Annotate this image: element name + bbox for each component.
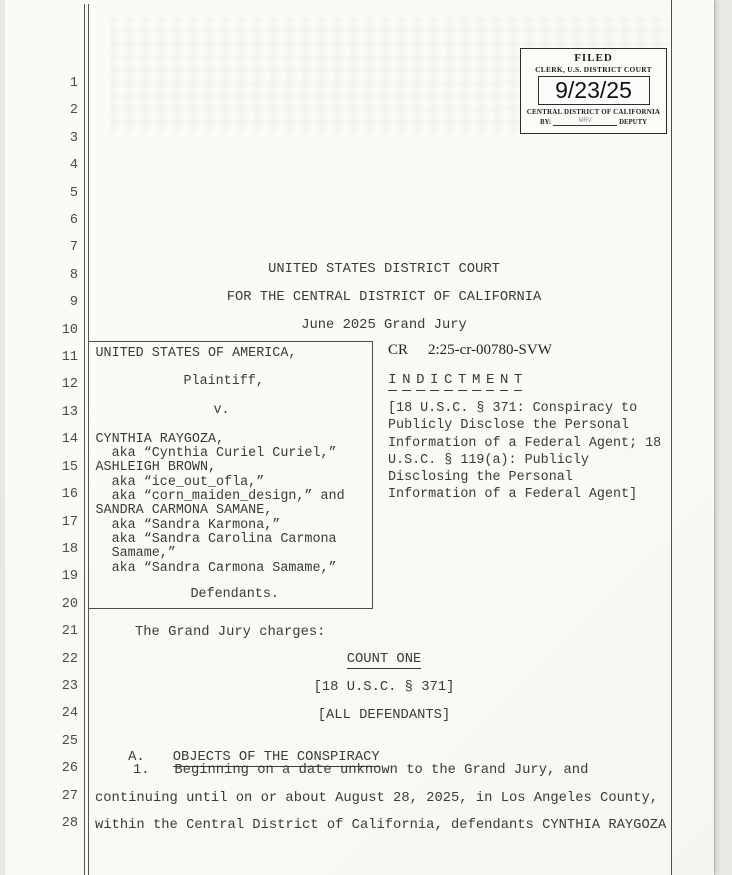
defendant-line: ASHLEIGH BROWN,: [96, 461, 372, 475]
filed-stamp-district: CENTRAL DISTRICT OF CALIFORNIA: [521, 108, 666, 116]
line-number: 13: [40, 399, 78, 426]
court-district: FOR THE CENTRAL DISTRICT OF CALIFORNIA: [100, 290, 668, 305]
count-one-heading: COUNT ONE: [100, 652, 668, 669]
count-one-defendants: [ALL DEFENDANTS]: [100, 708, 668, 723]
line-number: 18: [40, 536, 78, 563]
defendant-line: aka “Sandra Carolina Carmona: [96, 533, 372, 547]
line-number: 25: [40, 728, 78, 755]
versus: v.: [96, 404, 372, 418]
line-number: 19: [40, 563, 78, 590]
filed-stamp-by-label: BY:: [540, 119, 551, 126]
count-one-statute: [18 U.S.C. § 371]: [100, 680, 668, 695]
defendant-line: aka “corn_maiden_design,” and: [96, 490, 372, 504]
filed-stamp: FILED CLERK, U.S. DISTRICT COURT 9/23/25…: [520, 48, 667, 134]
line-number: 3: [40, 125, 78, 152]
case-number-label: CR: [388, 342, 408, 358]
count-one-heading-text: COUNT ONE: [347, 652, 422, 669]
defendant-line: Samame,”: [96, 547, 372, 561]
paragraph-1: 1. Beginning on a date unknown to the Gr…: [95, 763, 675, 846]
pleading-line-numbers: 1234567891011121314151617181920212223242…: [40, 70, 78, 837]
line-number: 9: [40, 289, 78, 316]
defendant-line: aka “ice_out_ofla,”: [96, 476, 372, 490]
defendant-list: CYNTHIA RAYGOZA, aka “Cynthia Curiel Cur…: [96, 433, 372, 576]
line-number: 2: [40, 97, 78, 124]
filed-stamp-title: FILED: [521, 52, 666, 64]
plaintiff-role: Plaintiff,: [96, 375, 372, 389]
line-number: 7: [40, 234, 78, 261]
indictment-title: INDICTMENT: [388, 372, 670, 391]
line-number: 1: [40, 70, 78, 97]
line-number: 8: [40, 262, 78, 289]
line-number: 23: [40, 673, 78, 700]
line-number: 6: [40, 207, 78, 234]
grand-jury-charges-intro: The Grand Jury charges:: [135, 625, 325, 640]
scanned-indictment-document: 1234567891011121314151617181920212223242…: [0, 0, 732, 875]
plaintiff-name: UNITED STATES OF AMERICA,: [96, 347, 372, 361]
filed-stamp-date: 9/23/25: [538, 76, 650, 105]
paragraph-line: continuing until on or about August 28, …: [95, 791, 675, 819]
line-number: 24: [40, 700, 78, 727]
line-number: 14: [40, 426, 78, 453]
line-number: 28: [40, 810, 78, 837]
case-info-column: CR2:25-cr-00780-SVW INDICTMENT [18 U.S.C…: [388, 342, 670, 504]
filed-stamp-by-row: BY: MRV DEPUTY: [521, 118, 666, 126]
line-number: 21: [40, 618, 78, 645]
case-number-row: CR2:25-cr-00780-SVW: [388, 342, 670, 359]
line-number: 15: [40, 454, 78, 481]
defendant-line: aka “Sandra Karmona,”: [96, 519, 372, 533]
defendants-role: Defendants.: [96, 588, 372, 602]
line-number: 5: [40, 180, 78, 207]
grand-jury-term: June 2025 Grand Jury: [100, 318, 668, 333]
line-number: 27: [40, 783, 78, 810]
defendant-line: aka “Sandra Carmona Samame,”: [96, 562, 372, 576]
line-number: 4: [40, 152, 78, 179]
line-number: 10: [40, 317, 78, 344]
line-number: 22: [40, 646, 78, 673]
line-number: 11: [40, 344, 78, 371]
paragraph-line: 1. Beginning on a date unknown to the Gr…: [95, 763, 675, 791]
line-number: 20: [40, 591, 78, 618]
defendant-line: SANDRA CARMONA SAMANE,: [96, 504, 372, 518]
filed-stamp-clerk: CLERK, U.S. DISTRICT COURT: [521, 65, 666, 74]
case-caption-box: UNITED STATES OF AMERICA, Plaintiff, v. …: [89, 341, 373, 609]
charging-statutes: [18 U.S.C. § 371: Conspiracy to Publicly…: [388, 400, 670, 504]
filed-stamp-deputy-label: DEPUTY: [619, 119, 647, 126]
paragraph-line: within the Central District of Californi…: [95, 818, 675, 846]
defendant-line: aka “Cynthia Curiel Curiel,”: [96, 447, 372, 461]
filed-stamp-deputy-initials: MRV: [553, 118, 617, 126]
line-number: 17: [40, 509, 78, 536]
line-number: 16: [40, 481, 78, 508]
defendant-line: CYNTHIA RAYGOZA,: [96, 433, 372, 447]
case-number: 2:25-cr-00780-SVW: [428, 342, 552, 358]
pleading-right-rule: [671, 0, 672, 875]
line-number: 12: [40, 371, 78, 398]
court-title: UNITED STATES DISTRICT COURT: [100, 262, 668, 277]
line-number: 26: [40, 755, 78, 782]
